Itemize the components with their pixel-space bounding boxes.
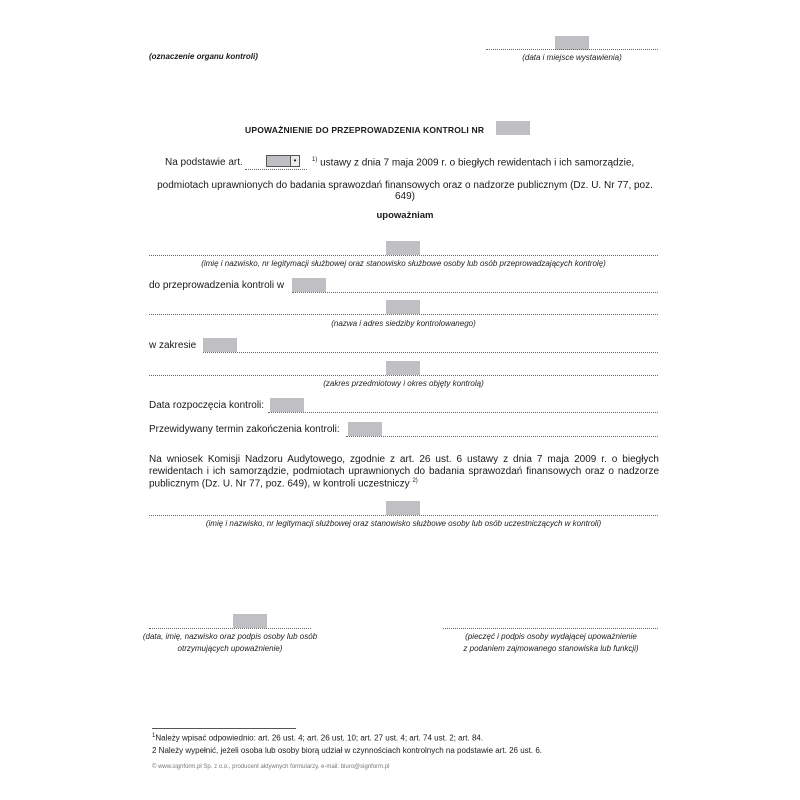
scope-caption: (zakres przedmiotowy i okres objęty kont… bbox=[149, 379, 658, 388]
start-date-label: Data rozpoczęcia kontroli: bbox=[149, 400, 264, 411]
inspectors-caption: (imię i nazwisko, nr legitymacji służbow… bbox=[149, 259, 658, 268]
organ-label: (oznaczenie organu kontroli) bbox=[149, 52, 258, 61]
participants-caption: (imię i nazwisko, nr legitymacji służbow… bbox=[149, 519, 658, 528]
participants-field[interactable] bbox=[386, 501, 420, 515]
date-place-line bbox=[486, 49, 658, 50]
start-date-line bbox=[268, 412, 658, 413]
date-place-field[interactable] bbox=[555, 36, 589, 50]
recipient-signature-line bbox=[149, 628, 311, 629]
recipient-caption-line2: otrzymujących upoważnienie) bbox=[140, 644, 320, 653]
participants-line1: Na wniosek Komisji Nadzoru Audytowego, z… bbox=[149, 454, 659, 465]
scope-line bbox=[203, 352, 658, 353]
controlled-entity-caption: (nazwa i adres siedziby kontrolowanego) bbox=[149, 319, 658, 328]
control-at-label: do przeprowadzenia kontroli w bbox=[149, 280, 284, 291]
inspectors-line bbox=[149, 255, 658, 256]
document-title: UPOWAŻNIENIE DO PRZEPROWADZENIA KONTROLI… bbox=[245, 125, 484, 135]
authorize-heading: upoważniam bbox=[150, 210, 660, 221]
controlled-entity-line bbox=[149, 314, 658, 315]
recipient-caption-line1: (data, imię, nazwisko oraz podpis osoby … bbox=[140, 632, 320, 641]
participants-line3: publicznym (Dz. U. Nr 77, poz. 649), w k… bbox=[149, 478, 418, 489]
date-place-caption: (data i miejsce wystawienia) bbox=[486, 53, 658, 62]
control-at-field[interactable] bbox=[292, 278, 326, 292]
controlled-entity-field[interactable] bbox=[386, 300, 420, 314]
participants-line3-text: publicznym (Dz. U. Nr 77, poz. 649), w k… bbox=[149, 478, 410, 489]
participants-line bbox=[149, 515, 658, 516]
scope-detail-line bbox=[149, 375, 658, 376]
footnote-1-text: Należy wpisać odpowiednio: art. 26 ust. … bbox=[155, 734, 483, 743]
scope-field[interactable] bbox=[203, 338, 237, 352]
dropdown-arrow-icon[interactable]: • bbox=[290, 155, 300, 167]
recipient-signature-field[interactable] bbox=[233, 614, 267, 628]
scope-label: w zakresie bbox=[149, 340, 196, 351]
footnote-mark-1: 1) bbox=[312, 157, 317, 163]
start-date-field[interactable] bbox=[270, 398, 304, 412]
scope-detail-field[interactable] bbox=[386, 361, 420, 375]
control-number-field[interactable] bbox=[496, 121, 530, 135]
basis-line1-text: ustawy z dnia 7 maja 2009 r. o biegłych … bbox=[320, 157, 634, 168]
end-date-line bbox=[346, 436, 658, 437]
footnote-mark-2: 2) bbox=[412, 478, 417, 484]
basis-prefix: Na podstawie art. bbox=[165, 157, 243, 168]
basis-line2: podmiotach uprawnionych do badania spraw… bbox=[150, 180, 660, 202]
end-date-field[interactable] bbox=[348, 422, 382, 436]
issuer-caption-line1: (pieczęć i podpis osoby wydającej upoważ… bbox=[440, 632, 662, 641]
issuer-caption-line2: z podaniem zajmowanego stanowiska lub fu… bbox=[440, 644, 662, 653]
control-at-line bbox=[292, 292, 658, 293]
footnote-separator bbox=[152, 728, 296, 729]
basis-line1: 1) ustawy z dnia 7 maja 2009 r. o biegły… bbox=[312, 157, 634, 168]
footnote-2: 2 Należy wypełnić, jeżeli osoba lub osob… bbox=[152, 746, 542, 755]
footnote-1: 1Należy wpisać odpowiednio: art. 26 ust.… bbox=[152, 733, 483, 743]
copyright-line: © www.signform.pl Sp. z o.o., producent … bbox=[152, 764, 390, 770]
issuer-signature-line bbox=[443, 628, 658, 629]
inspectors-field[interactable] bbox=[386, 241, 420, 255]
article-select-box[interactable] bbox=[266, 155, 292, 167]
end-date-label: Przewidywany termin zakończenia kontroli… bbox=[149, 424, 340, 435]
article-line bbox=[245, 169, 307, 170]
participants-line2: rewidentach i ich samorządzie, podmiotac… bbox=[149, 466, 659, 477]
